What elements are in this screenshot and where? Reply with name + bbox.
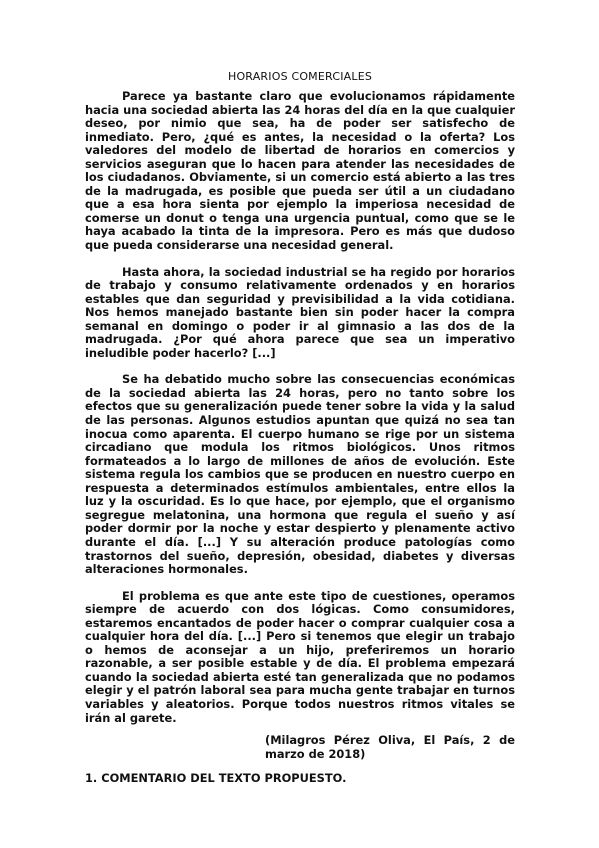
paragraph-4: El problema es que ante este tipo de cue… bbox=[85, 590, 515, 725]
document-page: HORARIOS COMERCIALES Parece ya bastante … bbox=[85, 70, 515, 786]
citation-line-1: (Milagros Pérez Oliva, El País, 2 de bbox=[265, 734, 515, 748]
paragraph-2: Hasta ahora, la sociedad industrial se h… bbox=[85, 266, 515, 361]
paragraph-1: Parece ya bastante claro que evolucionam… bbox=[85, 90, 515, 253]
document-title: HORARIOS COMERCIALES bbox=[85, 70, 515, 83]
citation: (Milagros Pérez Oliva, El País, 2 de mar… bbox=[265, 734, 515, 761]
question-heading: 1. COMENTARIO DEL TEXTO PROPUESTO. bbox=[85, 772, 515, 786]
paragraph-3: Se ha debatido mucho sobre las consecuen… bbox=[85, 373, 515, 576]
citation-line-2: marzo de 2018) bbox=[265, 747, 365, 761]
